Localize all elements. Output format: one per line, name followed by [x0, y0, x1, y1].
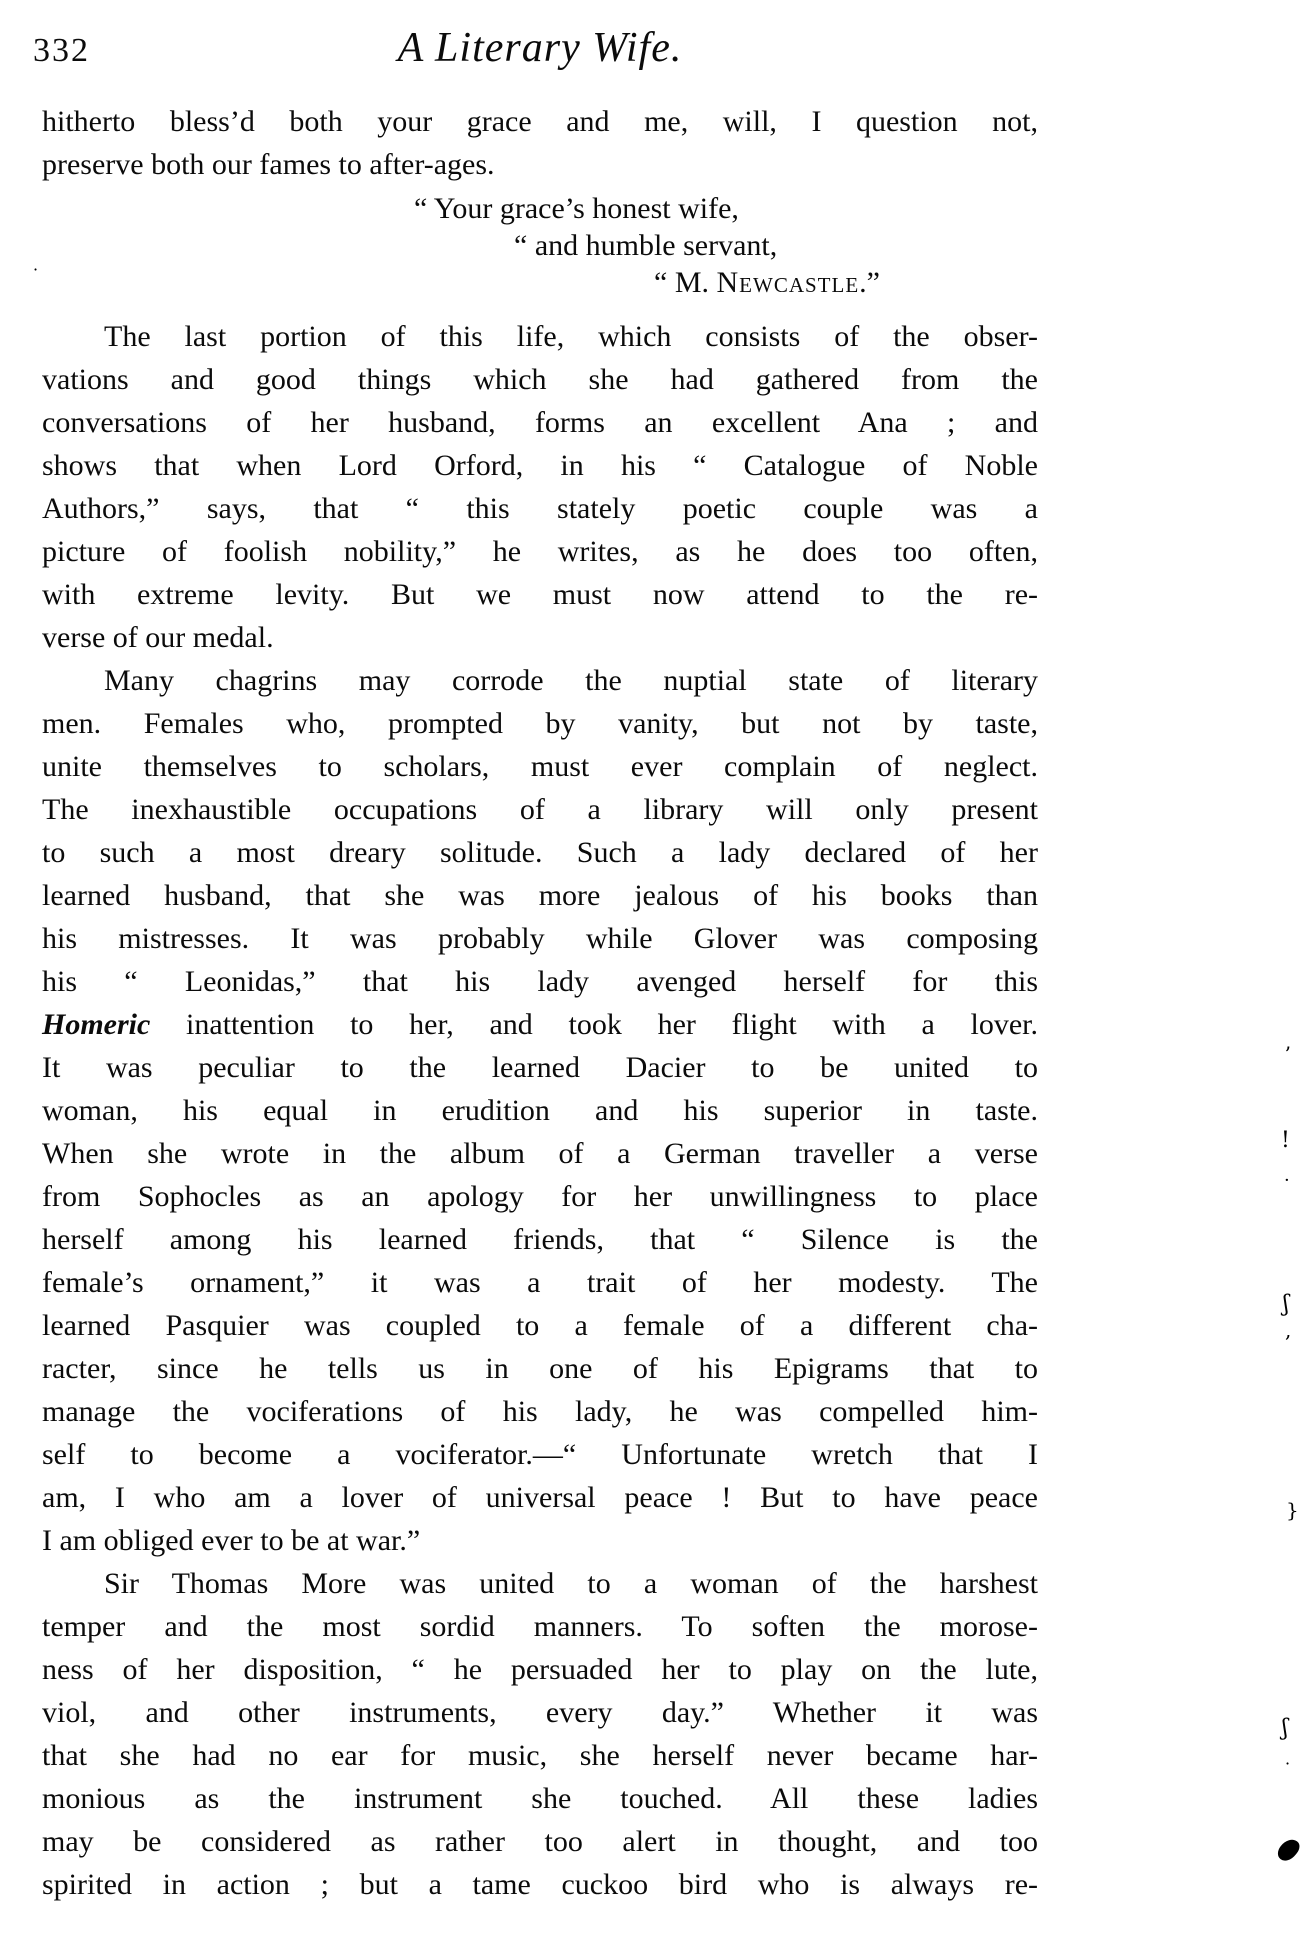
ink-speck: · [1284, 1172, 1290, 1190]
text-line: from Sophocles as an apology for her unw… [42, 1175, 1038, 1218]
ink-speck: } [1286, 1500, 1299, 1520]
text-segment: ness of her disposition, “ he persuaded … [42, 1653, 1038, 1686]
text-segment: unite themselves to scholars, must ever … [42, 750, 1038, 783]
text-segment: with extreme levity. But we must now att… [42, 578, 1038, 611]
text-line: manage the vociferations of his lady, he… [42, 1390, 1038, 1433]
text-segment: racter, since he tells us in one of his … [42, 1352, 1038, 1385]
text-segment: conversations of her husband, forms an e… [42, 406, 1038, 439]
text-line: It was peculiar to the learned Dacier to… [42, 1046, 1038, 1089]
text-segment: “ and humble servant, [514, 229, 777, 262]
text-segment: monious as the instrument she touched. A… [42, 1782, 1038, 1815]
text-segment: vations and good things which she had ga… [42, 363, 1038, 396]
ink-speck: · [1285, 1756, 1290, 1772]
text-segment: “ M. [654, 266, 717, 299]
text-segment: female’s ornament,” it was a trait of he… [42, 1266, 1038, 1299]
text-segment: self to become a vociferator.—“ Unfortun… [42, 1438, 1038, 1471]
text-segment: It was peculiar to the learned Dacier to… [42, 1051, 1038, 1084]
text-segment: Many chagrins may corrode the nuptial st… [104, 664, 1038, 697]
text-segment: verse of our medal. [42, 621, 274, 654]
text-line: learned husband, that she was more jealo… [42, 874, 1038, 917]
text-line: ness of her disposition, “ he persuaded … [42, 1648, 1038, 1691]
text-segment: picture of foolish nobility,” he writes,… [42, 535, 1038, 568]
ink-speck [1274, 1835, 1301, 1864]
text-segment: When she wrote in the album of a German … [42, 1137, 1038, 1170]
text-segment: his “ Leonidas,” that his lady avenged h… [42, 965, 1038, 998]
text-line: self to become a vociferator.—“ Unfortun… [42, 1433, 1038, 1476]
text-line: shows that when Lord Orford, in his “ Ca… [42, 444, 1038, 487]
text-line: When she wrote in the album of a German … [42, 1132, 1038, 1175]
text-segment: to such a most dreary solitude. Such a l… [42, 836, 1038, 869]
text-segment: woman, his equal in erudition and his su… [42, 1094, 1038, 1127]
text-segment: preserve both our fames to after-ages. [42, 148, 495, 181]
text-line: picture of foolish nobility,” he writes,… [42, 530, 1038, 573]
text-segment: may be considered as rather too alert in… [42, 1825, 1038, 1858]
text-segment: I am obliged ever to be at war.” [42, 1524, 420, 1557]
quote-line: “ M. Newcastle.” [42, 264, 1301, 301]
text-line: to such a most dreary solitude. Such a l… [42, 831, 1038, 874]
text-line: am, I who am a lover of universal peace … [42, 1476, 1038, 1519]
text-segment: temper and the most sordid manners. To s… [42, 1610, 1038, 1643]
text-segment: men. Females who, prompted by vanity, bu… [42, 707, 1038, 740]
text-segment: hitherto bless’d both your grace and me,… [42, 105, 1038, 138]
text-line: Authors,” says, that “ this stately poet… [42, 487, 1038, 530]
text-segment: inattention to her, and took her flight … [150, 1008, 1038, 1041]
text-line: his mistresses. It was probably while Gl… [42, 917, 1038, 960]
text-segment: shows that when Lord Orford, in his “ Ca… [42, 449, 1038, 482]
text-line: racter, since he tells us in one of his … [42, 1347, 1038, 1390]
text-segment: am, I who am a lover of universal peace … [42, 1481, 1038, 1514]
text-segment: spirited in action ; but a tame cuckoo b… [42, 1868, 1038, 1901]
text-segment: “ Your grace’s honest wife, [414, 192, 739, 225]
text-line: temper and the most sordid manners. To s… [42, 1605, 1038, 1648]
text-segment: that she had no ear for music, she herse… [42, 1739, 1038, 1772]
scanned-book-page: 332 A Literary Wife. hitherto bless’d bo… [0, 0, 1301, 1940]
text-line: I am obliged ever to be at war.” [42, 1519, 1038, 1562]
text-line: men. Females who, prompted by vanity, bu… [42, 702, 1038, 745]
text-segment: The inexhaustible occupations of a libra… [42, 793, 1038, 826]
text-segment: Sir Thomas More was united to a woman of… [104, 1567, 1038, 1600]
text-line: The last portion of this life, which con… [42, 315, 1038, 358]
ink-speck: ʃ [1283, 1294, 1289, 1316]
text-line: viol, and other instruments, every day.”… [42, 1691, 1038, 1734]
text-line: conversations of her husband, forms an e… [42, 401, 1038, 444]
text-segment: from Sophocles as an apology for her unw… [42, 1180, 1038, 1213]
text-line: unite themselves to scholars, must ever … [42, 745, 1038, 788]
text-segment: learned Pasquier was coupled to a female… [42, 1309, 1038, 1342]
text-line: may be considered as rather too alert in… [42, 1820, 1038, 1863]
text-line: learned Pasquier was coupled to a female… [42, 1304, 1038, 1347]
italic-text: Homeric [42, 1008, 150, 1041]
text-line: Many chagrins may corrode the nuptial st… [42, 659, 1038, 702]
quote-line: “ and humble servant, [42, 227, 1301, 264]
text-segment: his mistresses. It was probably while Gl… [42, 922, 1038, 955]
text-block: hitherto bless’d both your grace and me,… [42, 100, 1038, 1906]
text-line: monious as the instrument she touched. A… [42, 1777, 1038, 1820]
text-line: verse of our medal. [42, 616, 1038, 659]
text-line: Homeric inattention to her, and took her… [42, 1003, 1038, 1046]
running-title: A Literary Wife. [42, 24, 1038, 72]
text-line: Sir Thomas More was united to a woman of… [42, 1562, 1038, 1605]
ink-speck: , [1285, 1320, 1291, 1340]
text-segment: learned husband, that she was more jealo… [42, 879, 1038, 912]
text-line: The inexhaustible occupations of a libra… [42, 788, 1038, 831]
ink-speck: ʼ [1284, 1044, 1290, 1064]
text-line: vations and good things which she had ga… [42, 358, 1038, 401]
text-line: his “ Leonidas,” that his lady avenged h… [42, 960, 1038, 1003]
text-segment: viol, and other instruments, every day.”… [42, 1696, 1038, 1729]
ink-speck: · [33, 262, 38, 278]
text-segment: herself among his learned friends, that … [42, 1223, 1038, 1256]
text-line: hitherto bless’d both your grace and me,… [42, 100, 1038, 143]
text-line: woman, his equal in erudition and his su… [42, 1089, 1038, 1132]
text-segment: manage the vociferations of his lady, he… [42, 1395, 1038, 1428]
text-segment: The last portion of this life, which con… [104, 320, 1038, 353]
text-line: preserve both our fames to after-ages. [42, 143, 1038, 186]
text-line: spirited in action ; but a tame cuckoo b… [42, 1863, 1038, 1906]
text-line: herself among his learned friends, that … [42, 1218, 1038, 1261]
text-segment: .” [859, 266, 880, 299]
ink-speck: ! [1281, 1130, 1290, 1152]
quote-line: “ Your grace’s honest wife, [42, 190, 1301, 227]
ink-speck: ʃ [1282, 1718, 1288, 1740]
text-line: with extreme levity. But we must now att… [42, 573, 1038, 616]
text-line: female’s ornament,” it was a trait of he… [42, 1261, 1038, 1304]
text-segment: Authors,” says, that “ this stately poet… [42, 492, 1038, 525]
smallcaps-text: Newcastle [717, 266, 860, 299]
text-line: that she had no ear for music, she herse… [42, 1734, 1038, 1777]
